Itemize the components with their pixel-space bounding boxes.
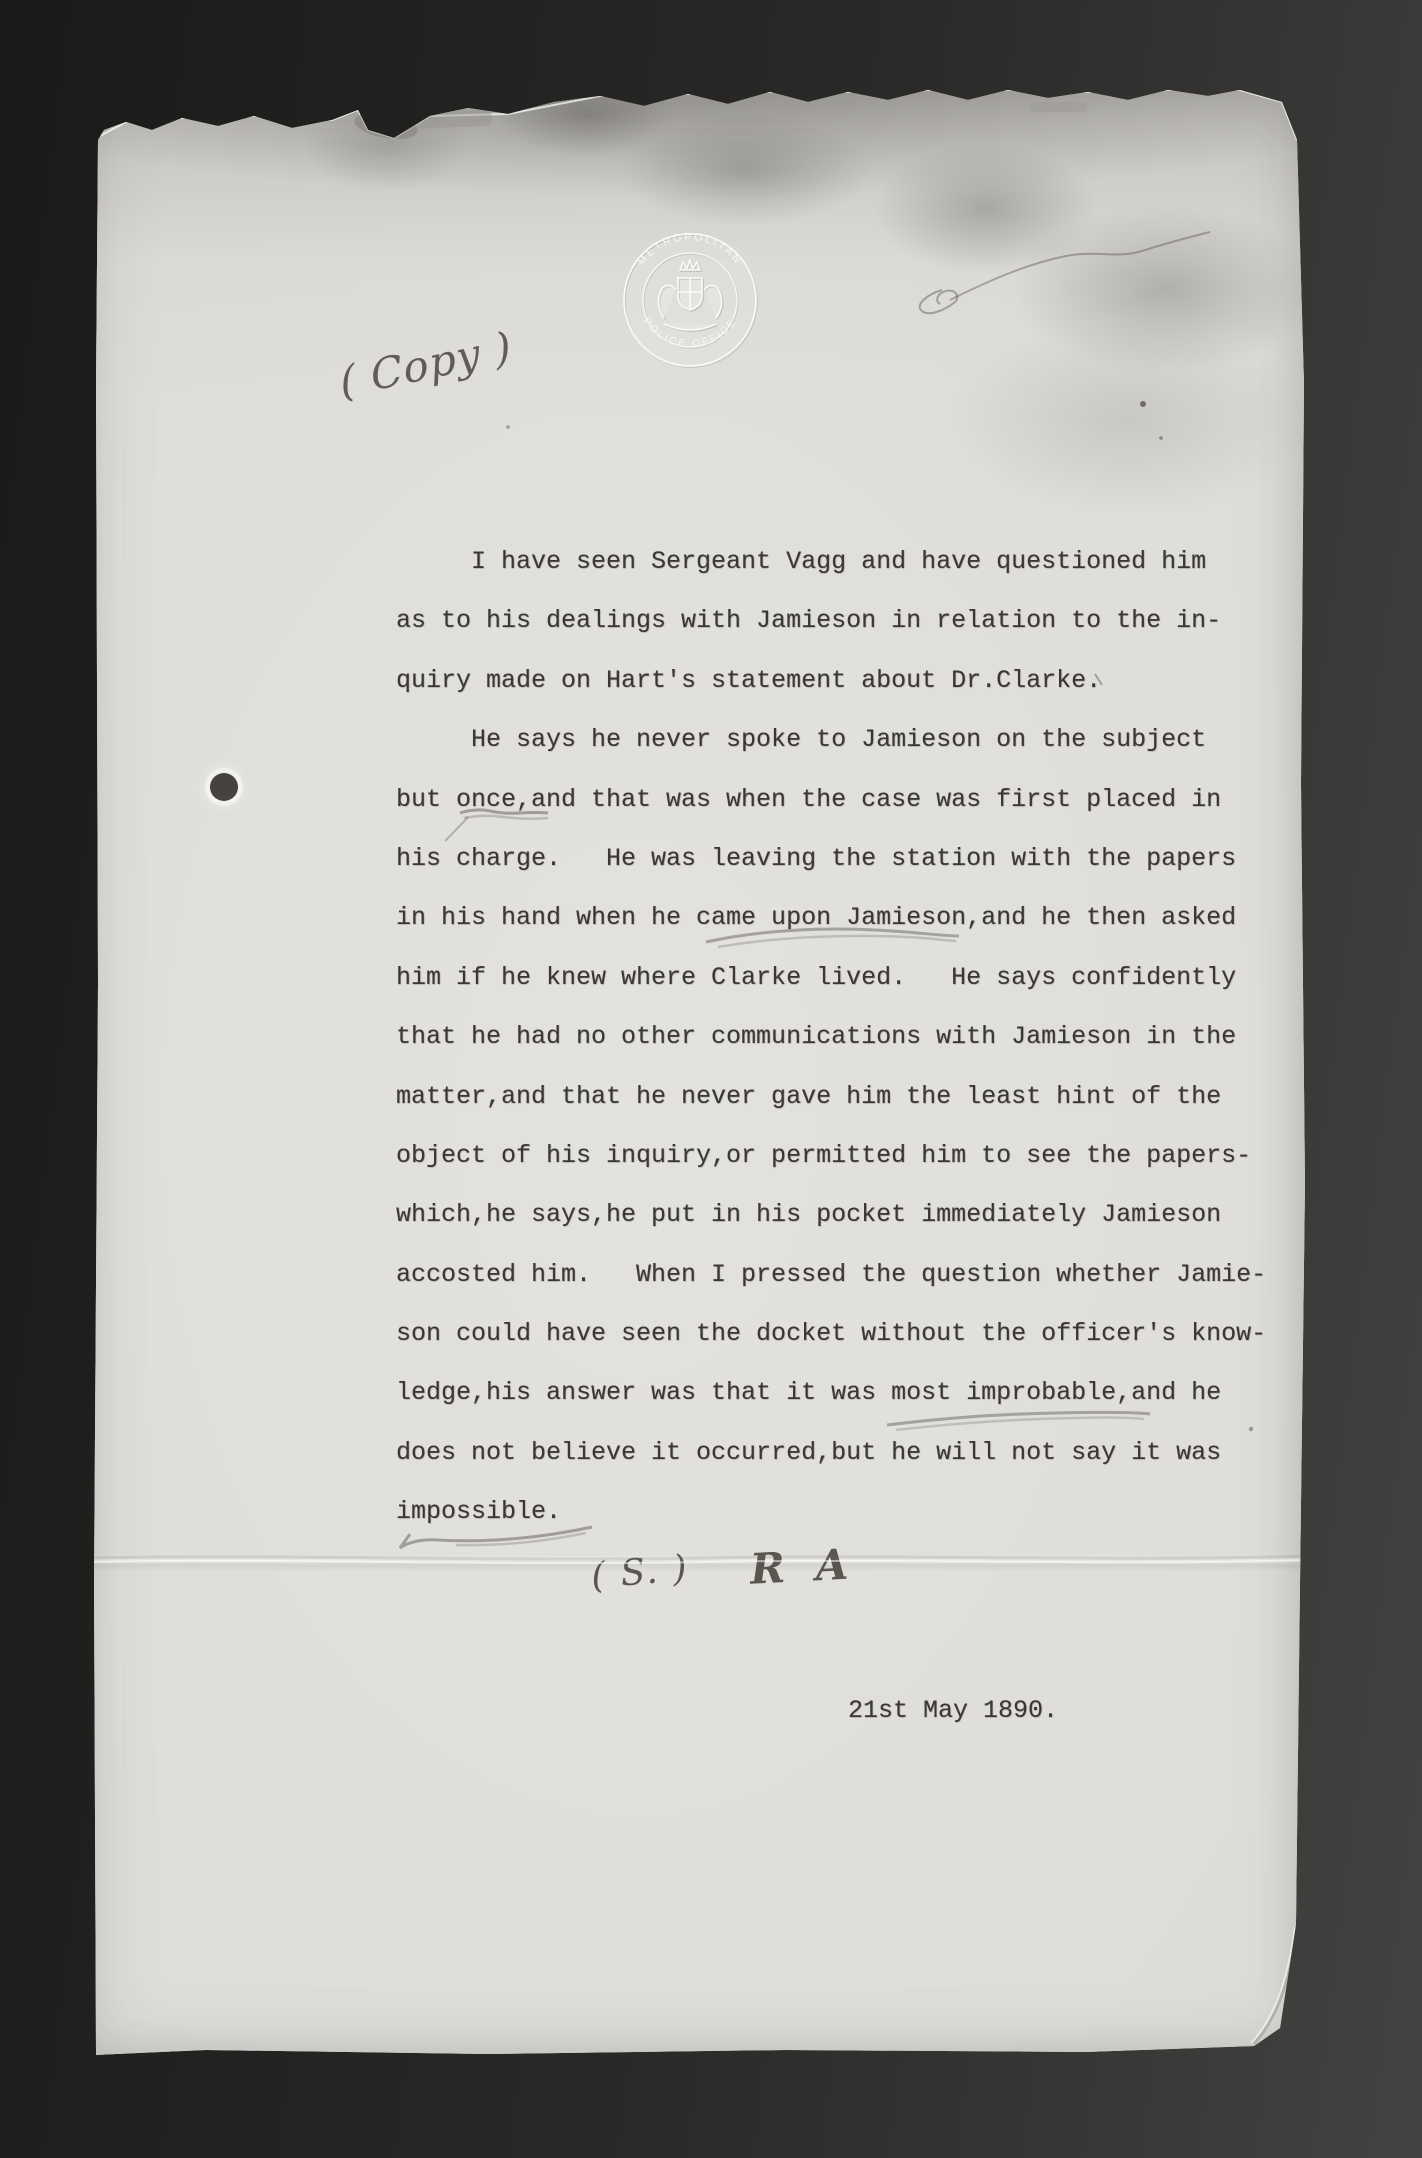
typed-line: him if he knew where Clarke lived. He sa… [396, 948, 1326, 1007]
typed-line: but once,and that was when the case was … [396, 770, 1326, 829]
photographed-dark-background: METROPOLITAN POLICE OFFICE ( Copy ) ( S.… [0, 0, 1422, 2158]
typed-line: matter,and that he never gave him the le… [396, 1067, 1326, 1126]
ink-speck [506, 425, 510, 429]
pencil-scribble-line [950, 232, 1210, 300]
handwritten-signature-initials: R A [749, 1539, 858, 1593]
seal-crown [680, 260, 700, 270]
corner-fold-crease-shadow [1254, 1925, 1298, 2044]
fold-crease-highlight [86, 1560, 1310, 1563]
typed-line: son could have seen the docket without t… [396, 1304, 1326, 1363]
typed-line: I have seen Sergeant Vagg and have quest… [396, 532, 1326, 591]
letter-page: METROPOLITAN POLICE OFFICE ( Copy ) ( S.… [86, 84, 1310, 2058]
typed-line: object of his inquiry,or permitted him t… [396, 1126, 1326, 1185]
hole-punch [210, 773, 238, 801]
torn-edge-highlight [100, 90, 1297, 140]
typed-line: accosted him. When I pressed the questio… [396, 1245, 1326, 1304]
typed-letter-body: I have seen Sergeant Vagg and have quest… [396, 532, 1326, 1542]
typed-line: impossible. [396, 1482, 1326, 1541]
corner-fold-crease-highlight [1251, 1927, 1295, 2043]
ink-speck [1159, 436, 1163, 440]
typed-date: 21st May 1890. [848, 1696, 1058, 1726]
embossed-metropolitan-police-seal: METROPOLITAN POLICE OFFICE [620, 230, 760, 370]
typed-line: ledge,his answer was that it was most im… [396, 1363, 1326, 1422]
torn-edge-notch-shadow [352, 109, 419, 144]
pencil-scribble-arrowhead [920, 290, 958, 313]
typed-line: does not believe it occurred,but he will… [396, 1423, 1326, 1482]
right-edge-highlight [1297, 1604, 1302, 1922]
typed-line: his charge. He was leaving the station w… [396, 829, 1326, 888]
torn-edge-remnant [774, 96, 856, 108]
typed-line: that he had no other communications with… [396, 1007, 1326, 1066]
typed-line: in his hand when he came upon Jamieson,a… [396, 888, 1326, 947]
torn-edge-remnant [372, 110, 492, 130]
fold-crease-shadow [86, 1556, 1310, 1559]
typed-line: which,he says,he put in his pocket immed… [396, 1185, 1326, 1244]
handwritten-signed-marker: ( S. ) [589, 1548, 690, 1597]
typed-line: quiry made on Hart's statement about Dr.… [396, 651, 1326, 710]
typed-line: He says he never spoke to Jamieson on th… [396, 710, 1326, 769]
ink-speck [1140, 401, 1146, 407]
torn-edge-remnant [1030, 102, 1088, 112]
typed-line: as to his dealings with Jamieson in rela… [396, 591, 1326, 650]
handwritten-copy-annotation: ( Copy ) [336, 322, 515, 407]
